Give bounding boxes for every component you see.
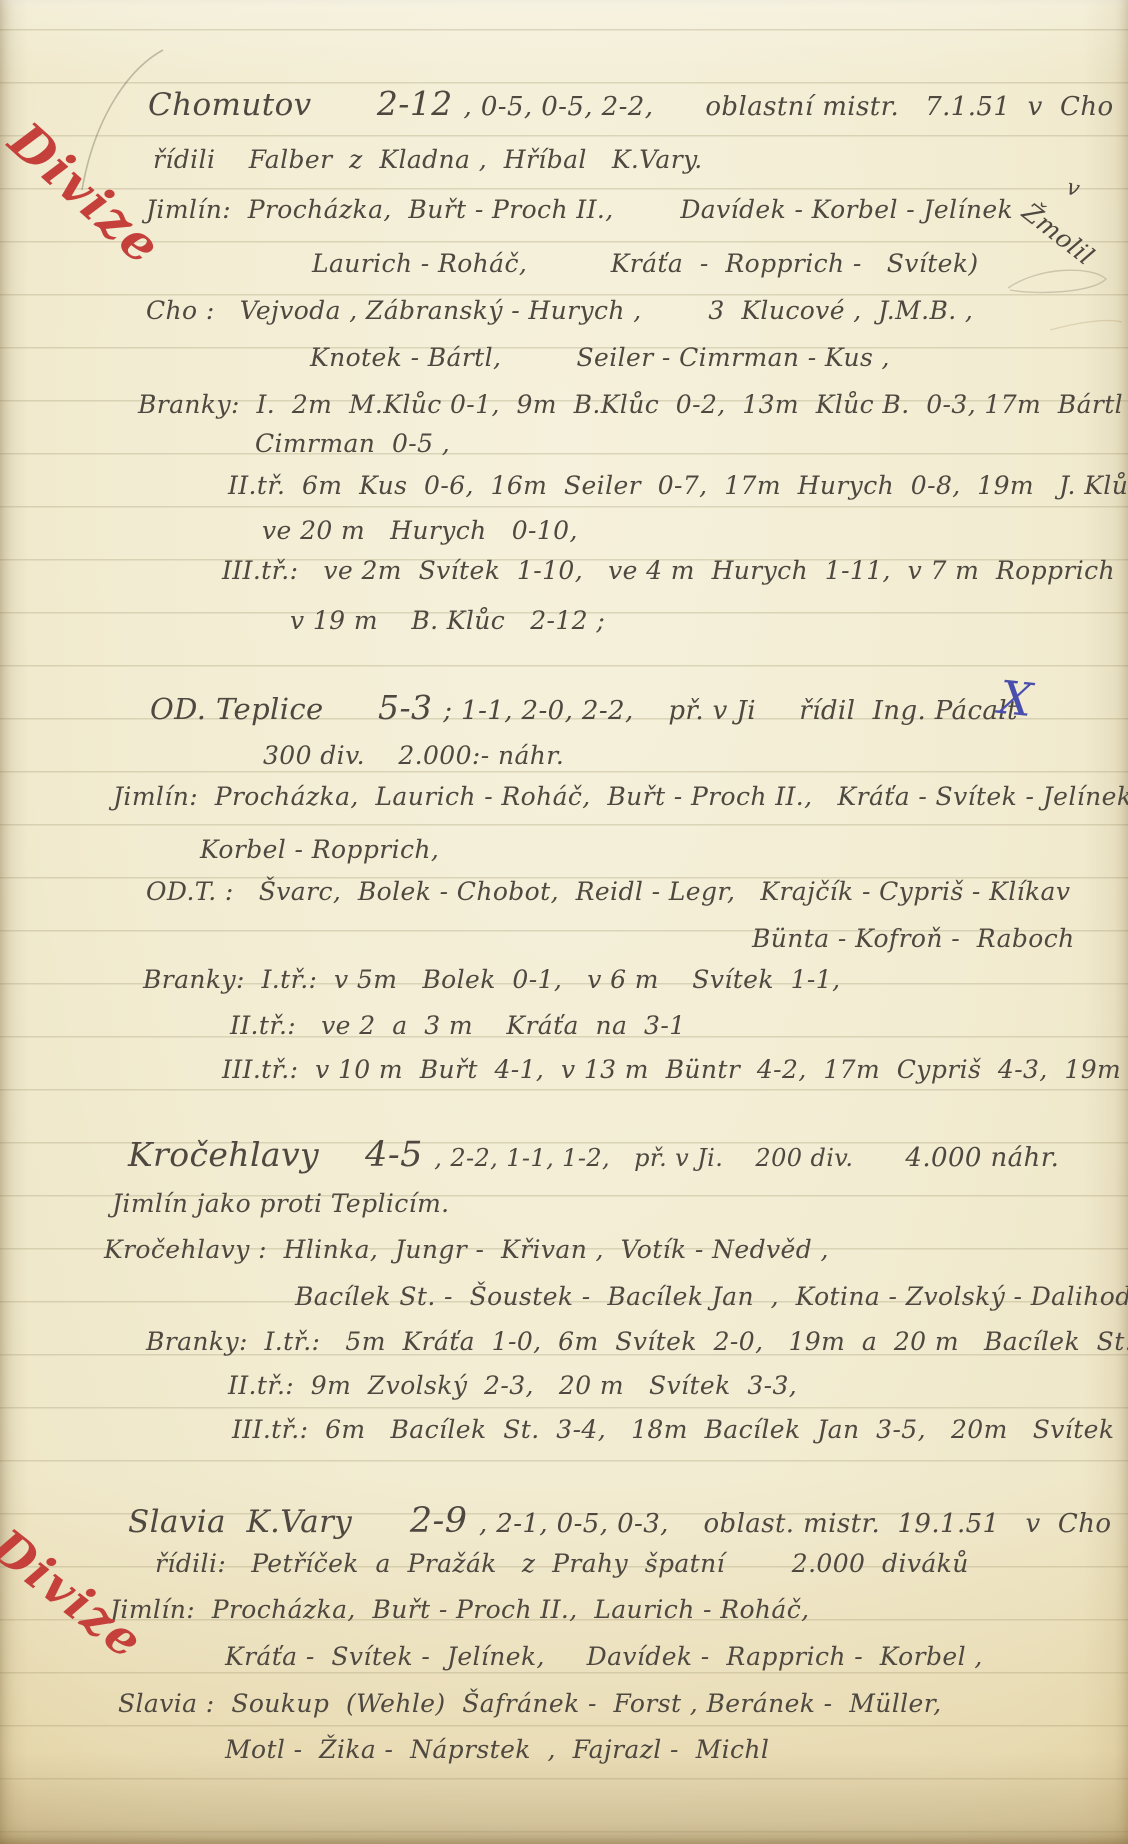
handwritten-line: III.tř.: 6m Bacílek St. 3-4, 18m Bacílek…	[232, 1416, 1128, 1444]
handwritten-line: 300 div. 2.000:- náhr.	[263, 742, 564, 770]
handwritten-line: Branky: I. 2m M.Klůc 0-1, 9m B.Klůc 0-2,…	[138, 391, 1128, 419]
margin-note-divize: Divize	[0, 112, 172, 275]
handwritten-line: Motl - Žika - Náprstek , Fajrazl - Michl	[225, 1736, 769, 1764]
notebook-page: Chomutov 2-12 , 0-5, 0-5, 2-2, oblastní …	[0, 0, 1128, 1844]
handwritten-line: Knotek - Bártl, Seiler - Cimrman - Kus ,	[310, 344, 890, 372]
handwritten-line: III.tř.: ve 2m Svítek 1-10, ve 4 m Huryc…	[222, 557, 1128, 585]
handwritten-line: II.tř.: ve 2 a 3 m Kráťa na 3-1	[230, 1012, 686, 1040]
handwritten-line: Branky: I.tř.: 5m Kráťa 1-0, 6m Svítek 2…	[146, 1328, 1128, 1356]
handwritten-line: Slavia : Soukup (Wehle) Šafránek - Forst…	[118, 1690, 942, 1718]
handwritten-line: II.tř.: 9m Zvolský 2-3, 20 m Svítek 3-3,	[228, 1372, 797, 1400]
handwritten-line: v 19 m B. Klůc 2-12 ;	[290, 607, 605, 635]
handwritten-line: Jimlín jako proti Teplicím.	[112, 1190, 450, 1218]
handwritten-line: III.tř.: v 10 m Buřt 4-1, v 13 m Büntr 4…	[222, 1056, 1128, 1084]
handwritten-line: Cimrman 0-5 ,	[255, 430, 450, 458]
handwritten-line: OD. Teplice 5-3 ; 1-1, 2-0, 2-2, př. v J…	[150, 690, 1018, 726]
handwritten-line: řídili: Petříček a Pražák z Prahy špatní…	[155, 1550, 969, 1578]
blue-x-mark: X	[997, 672, 1035, 726]
handwritten-line: Jimlín: Procházka, Laurich - Roháč, Buřt…	[113, 783, 1128, 811]
check-mark: v	[1064, 176, 1083, 203]
margin-note-zmolil: Žmolil	[1017, 198, 1099, 270]
handwritten-line: ve 20 m Hurych 0-10,	[262, 517, 578, 545]
handwritten-line: Slavia K.Vary 2-9 , 2-1, 0-5, 0-3, oblas…	[128, 1502, 1111, 1541]
handwritten-line: Kráťa - Svítek - Jelínek, Davídek - Rapp…	[225, 1643, 983, 1671]
handwritten-line: II.tř. 6m Kus 0-6, 16m Seiler 0-7, 17m H…	[228, 472, 1128, 500]
handwritten-line: OD.T. : Švarc, Bolek - Chobot, Reidl - L…	[146, 878, 1070, 906]
handwritten-line: Cho : Vejvoda , Zábranský - Hurych , 3 K…	[146, 297, 973, 325]
handwritten-line: Bacílek St. - Šoustek - Bacílek Jan , Ko…	[295, 1283, 1128, 1311]
handwritten-line: Kročehlavy : Hlinka, Jungr - Křivan , Vo…	[104, 1236, 829, 1264]
handwritten-line: Branky: I.tř.: v 5m Bolek 0-1, v 6 m Sví…	[143, 966, 840, 994]
handwritten-line: Laurich - Roháč, Kráťa - Ropprich - Svít…	[312, 250, 979, 278]
handwritten-line: Bünta - Kofroň - Raboch	[752, 925, 1075, 953]
handwritten-line: řídili Falber z Kladna , Hříbal K.Vary.	[153, 146, 703, 174]
handwritten-line: Jimlín: Procházka, Buřt - Proch II., Dav…	[146, 196, 1013, 224]
handwritten-line: Kročehlavy 4-5 , 2-2, 1-1, 1-2, př. v Ji…	[128, 1136, 1059, 1175]
handwritten-line: Chomutov 2-12 , 0-5, 0-5, 2-2, oblastní …	[148, 86, 1128, 122]
handwritten-line: Korbel - Ropprich,	[200, 836, 439, 864]
pencil-loop-right	[1008, 270, 1106, 292]
pencil-stroke-right	[1050, 320, 1122, 330]
handwritten-line: Jimlín: Procházka, Buřt - Proch II., Lau…	[110, 1596, 809, 1624]
